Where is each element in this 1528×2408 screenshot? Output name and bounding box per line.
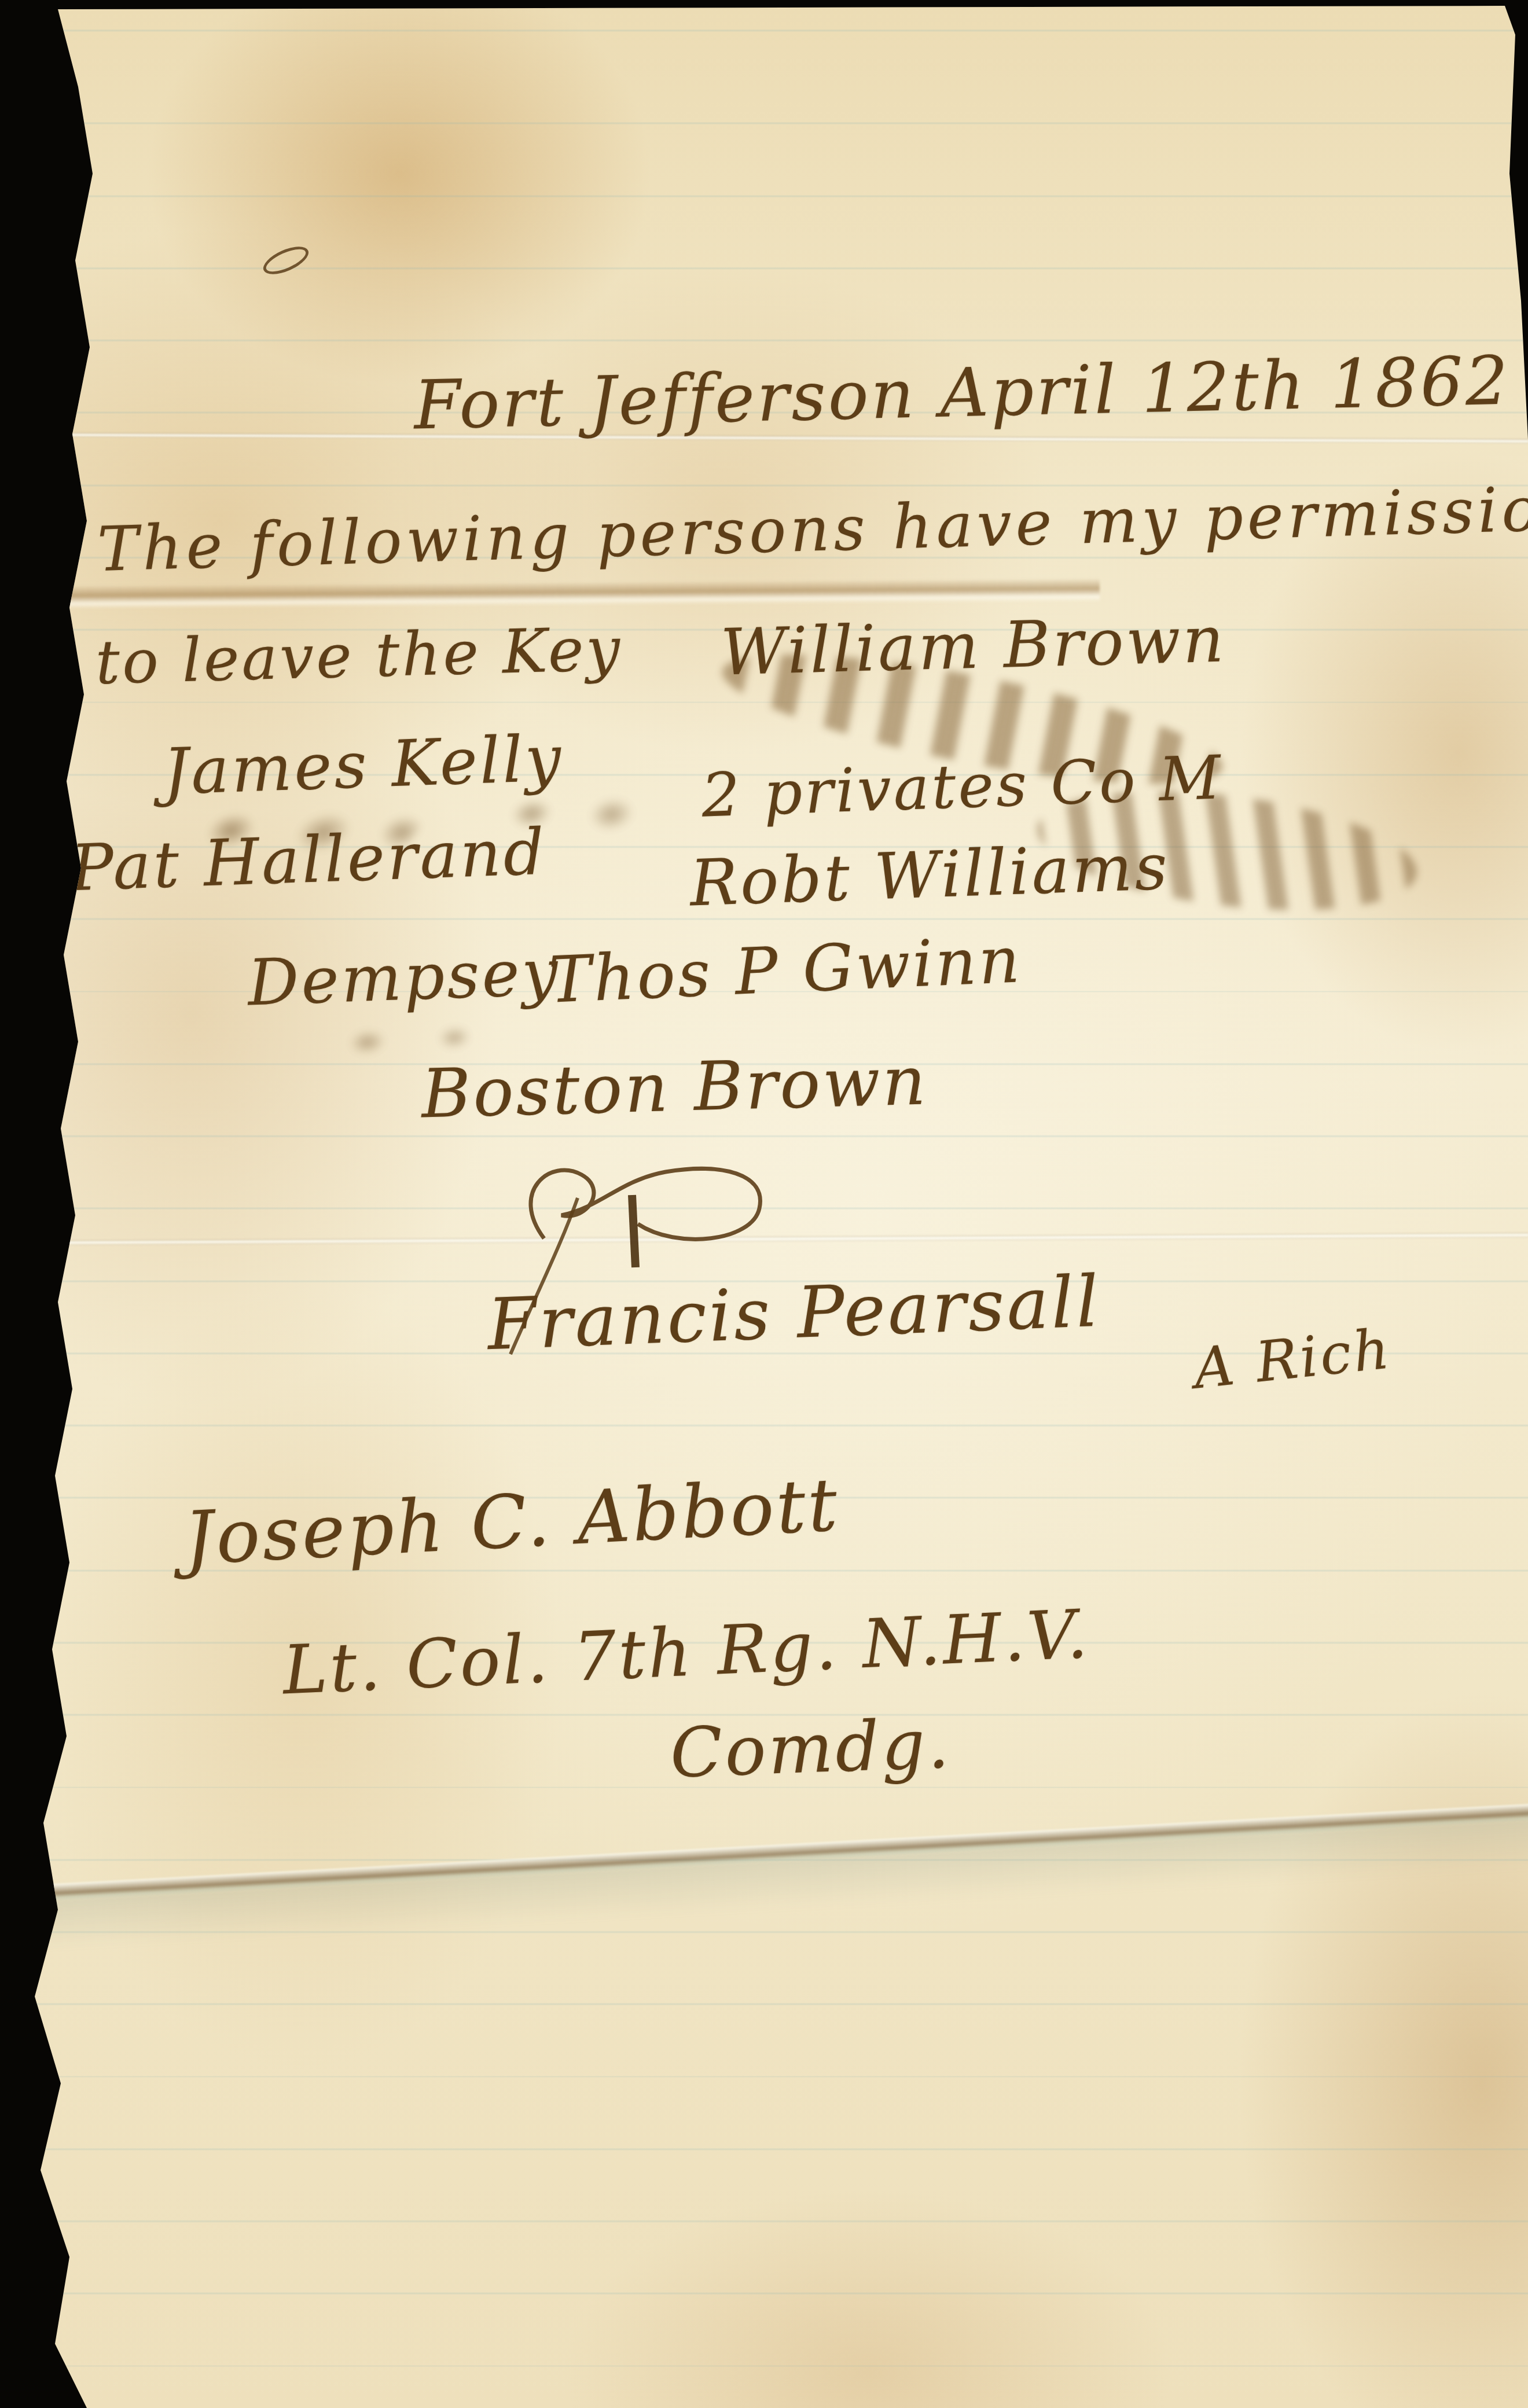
paper-sheet: Fort Jefferson April 12th 1862 The follo… bbox=[0, 0, 1528, 2408]
officer-closing: Comdg. bbox=[669, 1704, 953, 1793]
name-james-kelly: James Kelly bbox=[162, 721, 564, 809]
scanned-document-photo: Fort Jefferson April 12th 1862 The follo… bbox=[0, 0, 1528, 2408]
opening-line-2: to leave the Key bbox=[95, 613, 623, 698]
name-william-brown: William Brown bbox=[719, 602, 1226, 690]
name-dempsey: Dempsey bbox=[247, 935, 561, 1020]
